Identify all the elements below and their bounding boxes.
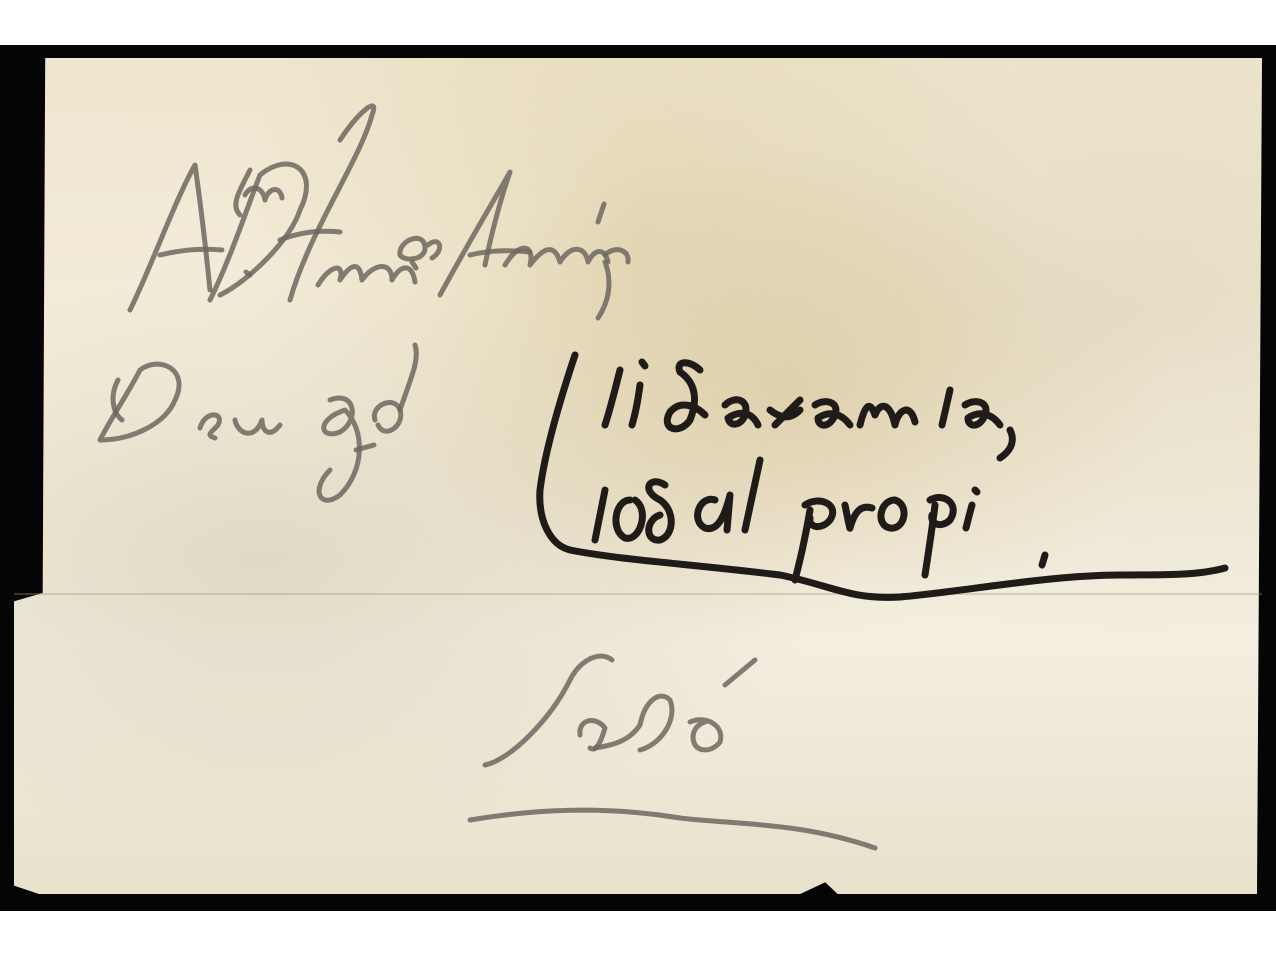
- handwriting-ink: [0, 0, 1276, 956]
- annotation-strokes: [540, 355, 1225, 597]
- destination-strokes: [470, 656, 875, 848]
- address-line-2-strokes: [100, 345, 416, 500]
- address-line-1-strokes: [130, 106, 628, 318]
